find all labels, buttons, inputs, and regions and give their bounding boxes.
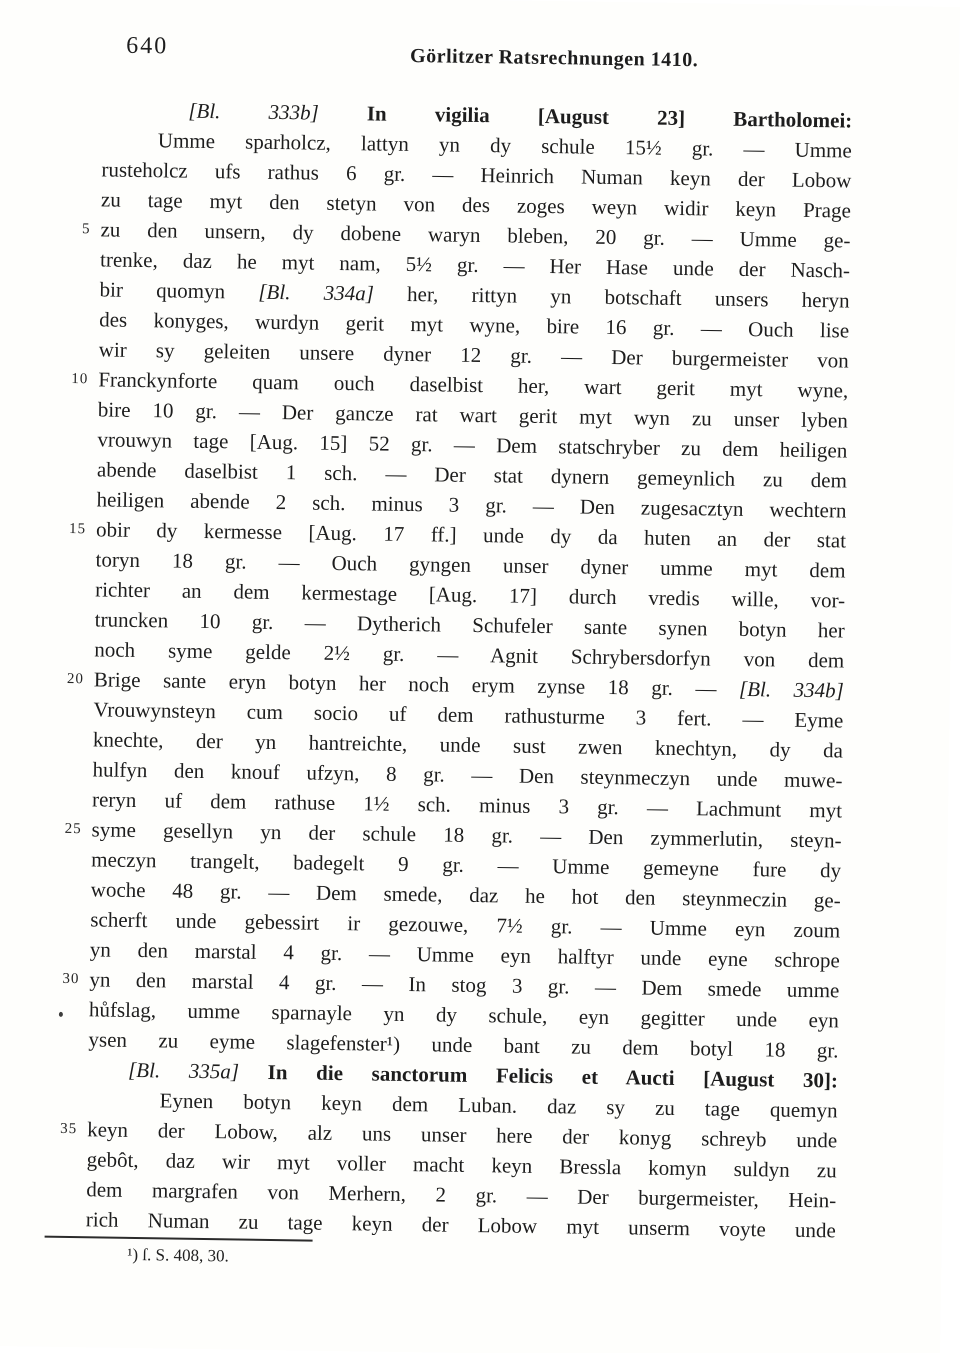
- entry-heading-text: In vigilia [August 23] Bartholomei:: [367, 101, 853, 132]
- folio-reference: [Bl. 333b]: [188, 99, 367, 126]
- scanned-book-page: 640 Görlitzer Ratsrechnungen 1410. [Bl. …: [0, 0, 960, 1353]
- margin-line-number: 10: [54, 364, 88, 395]
- running-title: Görlitzer Ratsrechnungen 1410.: [0, 39, 959, 76]
- margin-line-number: 5: [56, 214, 90, 245]
- margin-line-number: 30: [45, 964, 79, 995]
- body-text: her, rittyn yn botschaft unsers heryn: [374, 281, 850, 312]
- body-text: bir quomyn: [99, 277, 258, 303]
- folio-reference: [Bl. 334b]: [739, 677, 844, 703]
- scan-speck: [59, 1012, 63, 1017]
- folio-reference: [Bl. 334a]: [258, 280, 374, 306]
- margin-line-number: 25: [47, 814, 81, 845]
- margin-line-number: 35: [43, 1114, 77, 1145]
- footnote: ¹) ſ. S. 408, 30.: [127, 1243, 229, 1269]
- text-block: [Bl. 333b] In vigilia [August 23] Bartho…: [86, 94, 853, 1245]
- margin-line-number: 15: [52, 514, 86, 545]
- folio-reference: [Bl. 335a]: [128, 1058, 268, 1084]
- margin-line-number: 20: [50, 664, 84, 695]
